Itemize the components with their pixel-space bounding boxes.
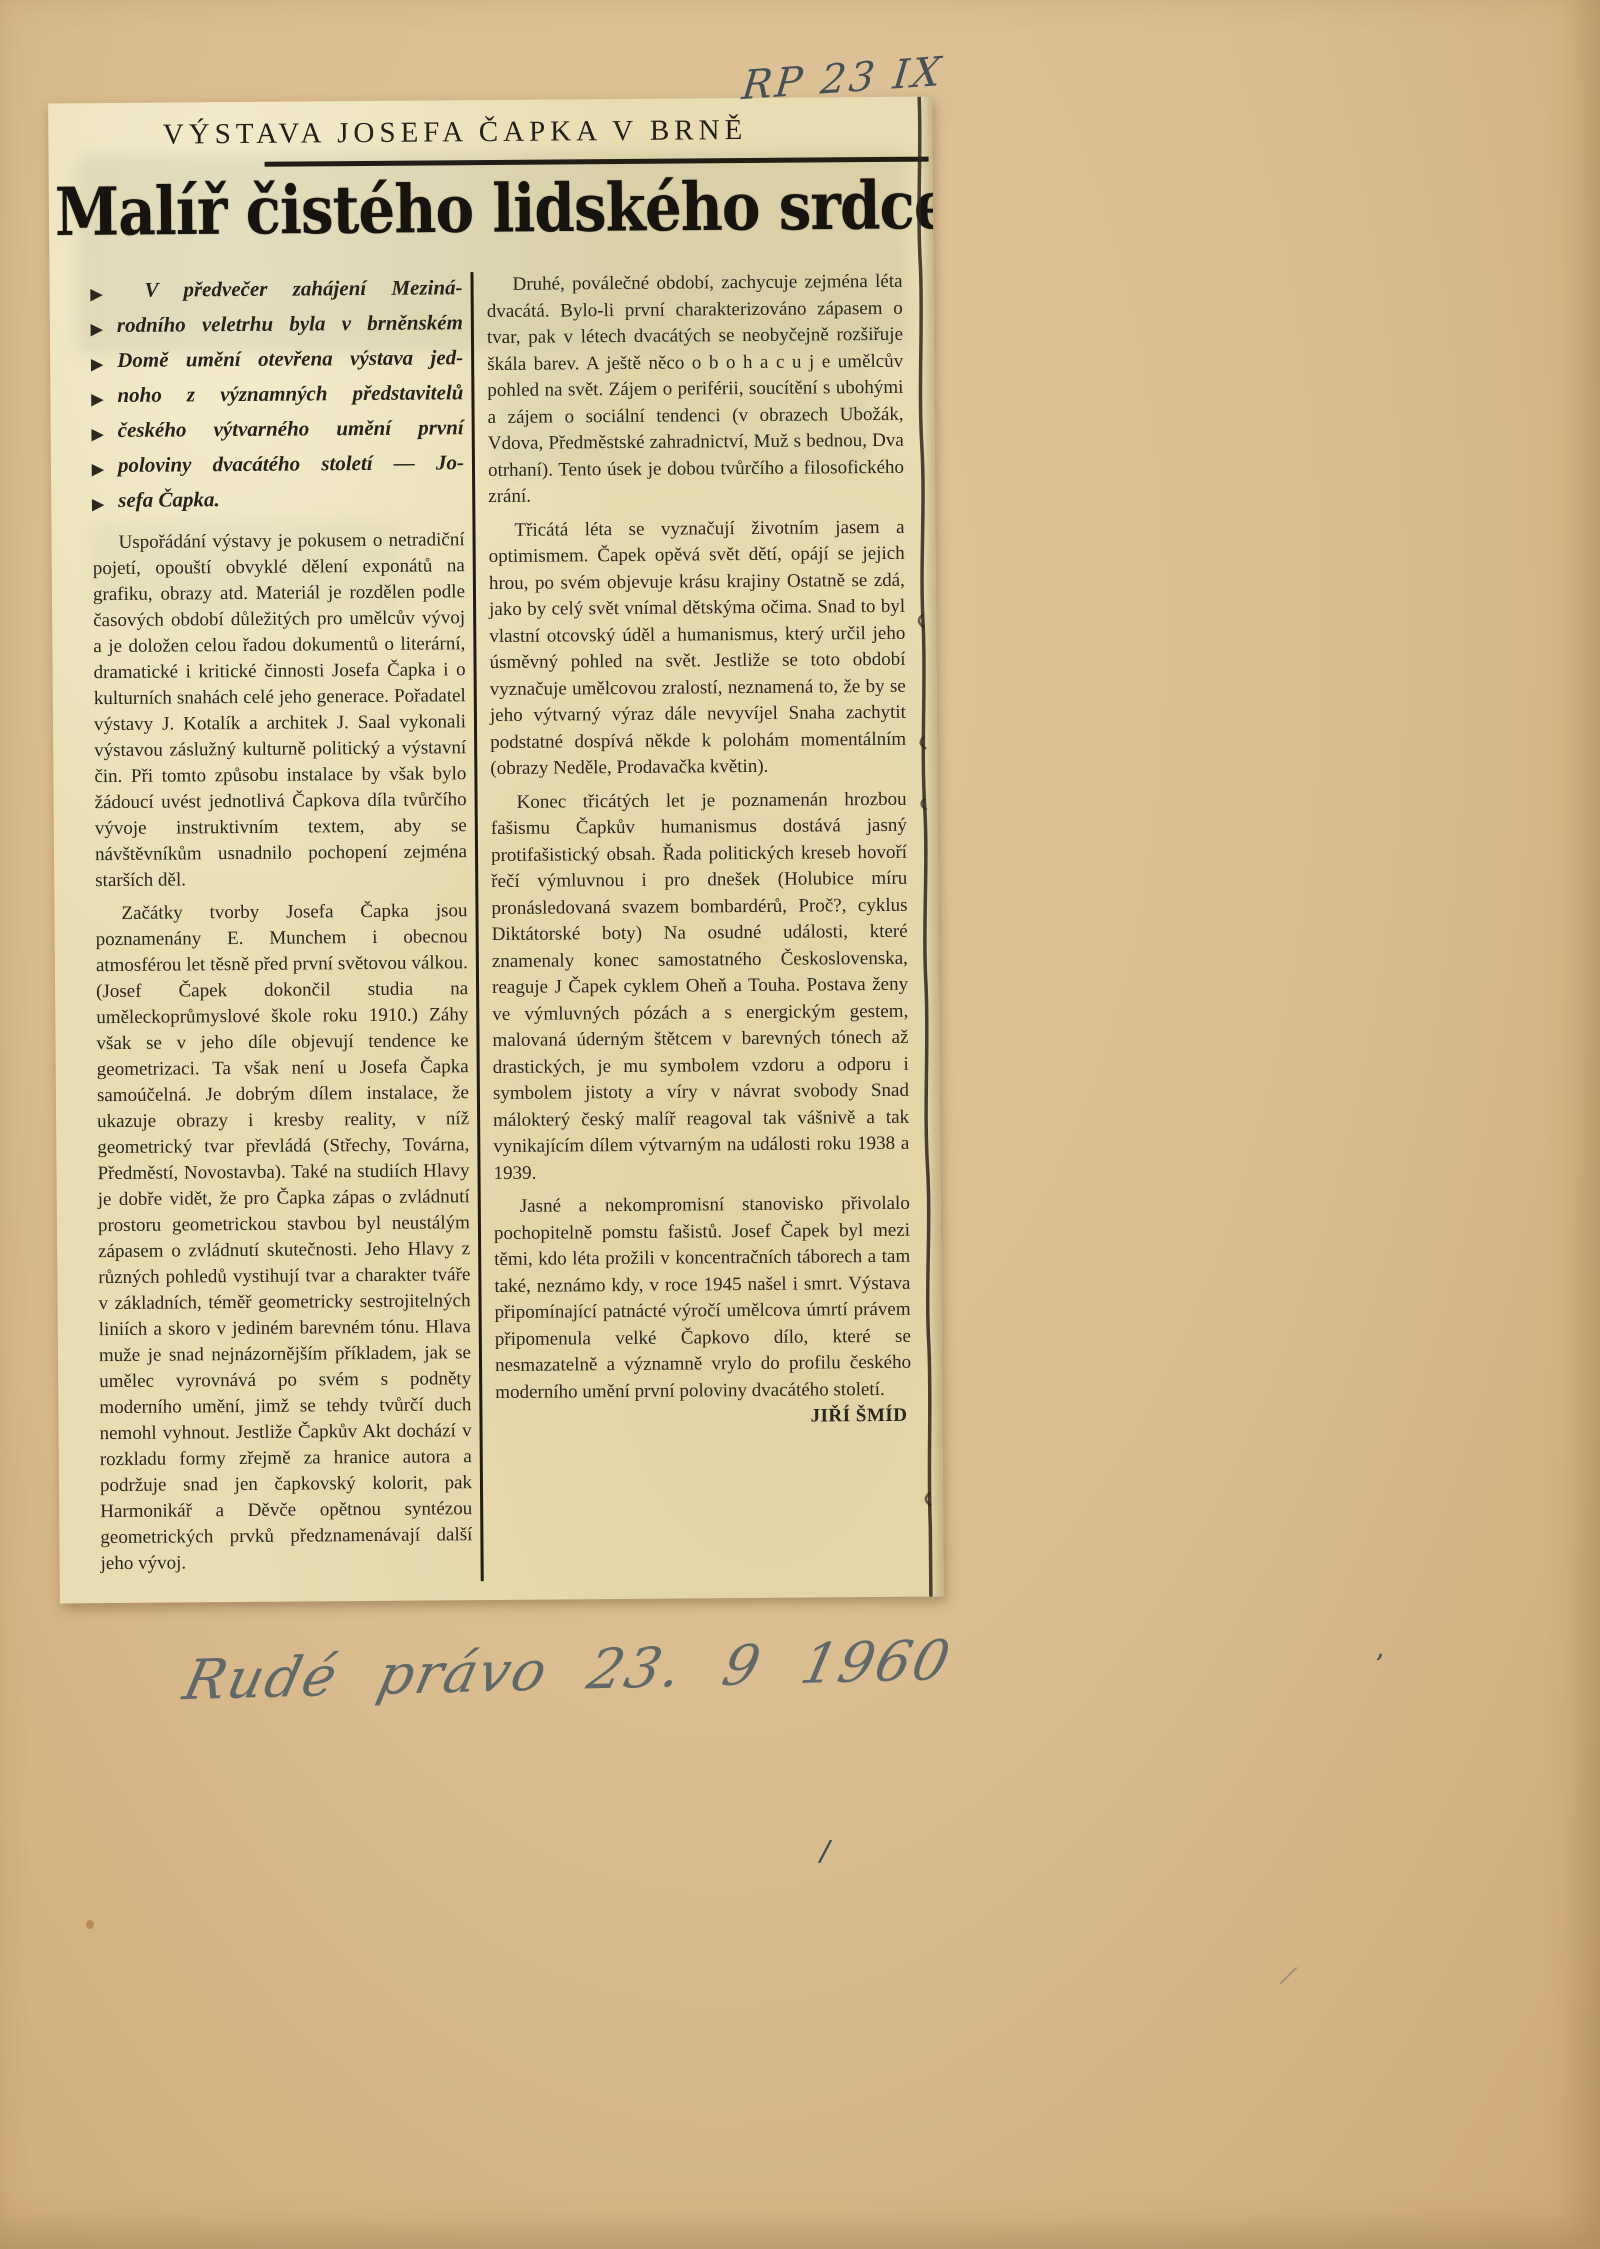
column-divider [470,272,483,1581]
body-paragraph: Druhé, poválečné období, zachycuje zejmé… [486,269,904,511]
ink-mark: ⁄ [1282,1962,1293,1992]
lead-line-text: rodního veletrhu byla v brněnském [117,307,463,345]
lead-line-text: českého výtvarného umění první [118,412,464,450]
body-paragraph: Konec třicátých let je poznamenán hrozbo… [491,786,910,1187]
arrow-marker-icon: ▶ [91,345,117,380]
body-paragraph-last: Jasné a nekompromisní stanovisko přivola… [494,1191,912,1406]
album-page: VÝSTAVA JOSEFA ČAPKA V BRNĚ Malíř čistéh… [0,0,1600,2249]
column-2: Druhé, poválečné období, zachycuje zejmé… [486,269,912,1581]
arrow-marker-icon: ▶ [92,485,118,520]
body-paragraph: Začátky tvorby Josefa Čapka jsou pozname… [95,898,472,1577]
body-paragraph: Uspořádání výstavy je pokusem o netradič… [92,527,467,894]
ink-mark: / [817,1833,833,1869]
lead-line: ▶ noho z významných představitelů [91,377,463,415]
arrow-marker-icon: ▶ [92,450,118,485]
lead-line: ▶ poloviny dvacátého století — Jo- [92,447,464,485]
body-paragraph: Třicátá léta se vyznačují životním jasem… [488,514,906,782]
kicker: VÝSTAVA JOSEFA ČAPKA V BRNĚ [48,113,861,152]
lead-line: ▶ rodního veletrhu byla v brněnském [91,307,463,345]
lead-line-text: V předvečer zahájení Meziná- [116,272,462,310]
body-paragraph-text: Jasné a nekompromisní stanovisko přivola… [494,1193,911,1403]
newspaper-clipping: VÝSTAVA JOSEFA ČAPKA V BRNĚ Malíř čistéh… [48,97,944,1604]
column-1: ▶ V předvečer zahájení Meziná- ▶ rodního… [90,272,472,1584]
stain-dot [86,1920,94,1929]
arrow-marker-icon: ▶ [92,415,118,450]
headline: Malíř čistého lidského srdce [55,167,926,251]
author-signature: JIŘÍ ŠMÍD [784,1403,911,1430]
article-columns: ▶ V předvečer zahájení Meziná- ▶ rodního… [90,269,912,1584]
lead-line: ▶ českého výtvarného umění první [92,412,464,450]
lead-paragraph: ▶ V předvečer zahájení Meziná- ▶ rodního… [90,272,464,520]
handwritten-source-note: Rudé právo 23. 9 1960 [178,1628,957,1712]
arrow-marker-icon: ▶ [91,380,117,415]
arrow-marker-icon: ▶ [91,310,117,345]
ink-mark: ’ [1372,1648,1385,1682]
lead-line: ▶ V předvečer zahájení Meziná- [90,272,462,310]
lead-line-text: poloviny dvacátého století — Jo- [118,447,464,485]
lead-line-text: noho z významných představitelů [117,377,463,415]
lead-line-text: Domě umění otevřena výstava jed- [117,342,463,380]
lead-line: ▶ Domě umění otevřena výstava jed- [91,342,463,380]
arrow-marker-icon: ▶ [90,275,116,310]
lead-line-text: sefa Čapka. [118,482,464,520]
lead-line: ▶ sefa Čapka. [92,482,464,520]
